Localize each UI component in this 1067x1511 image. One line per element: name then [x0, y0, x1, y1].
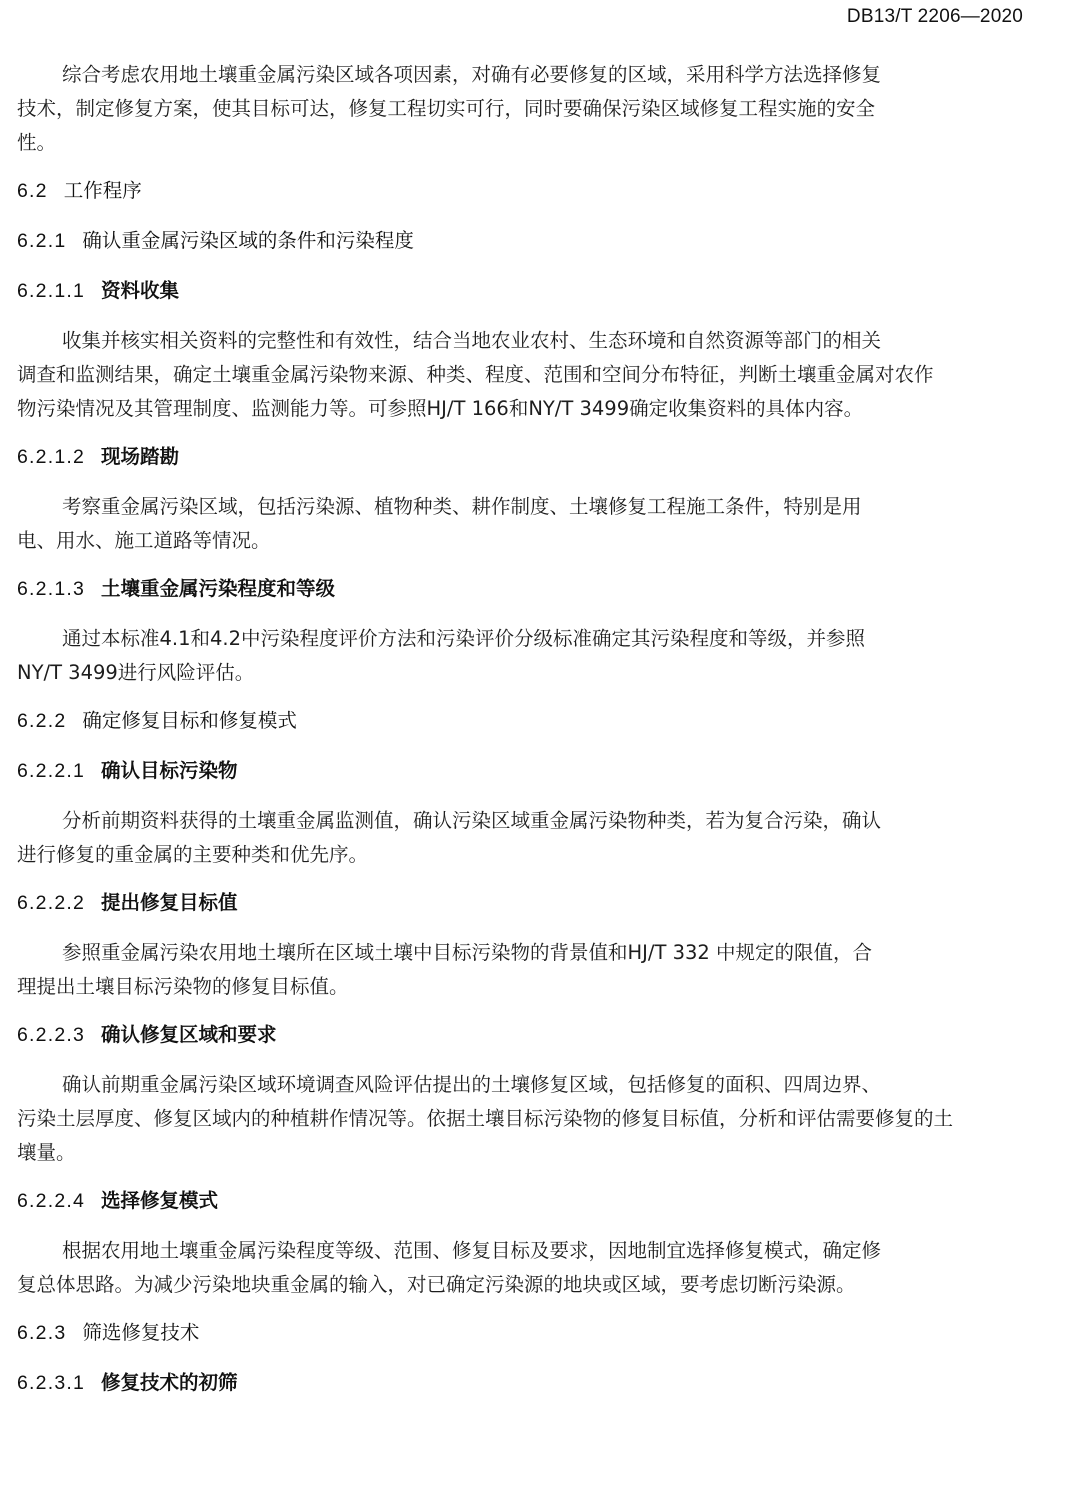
paragraph-remediation-area: 确认前期重金属污染区域环境调查风险评估提出的土壤修复区域，包括修复的面积、四周边…	[17, 1068, 1017, 1170]
section-title: 土壤重金属污染程度和等级	[101, 572, 335, 606]
section-number: 6.2.2.2	[17, 886, 85, 920]
paragraph-line: 性。	[17, 126, 1017, 160]
section-heading-6-2-2-3: 6.2.2.3确认修复区域和要求	[17, 1018, 1017, 1052]
section-title: 确认修复区域和要求	[101, 1018, 277, 1052]
section-heading-6-2-2: 6.2.2确定修复目标和修复模式	[17, 704, 1017, 738]
section-title: 确认重金属污染区域的条件和污染程度	[82, 224, 414, 258]
section-title: 选择修复模式	[101, 1184, 218, 1218]
paragraph-line: 污染土层厚度、修复区域内的种植耕作情况等。依据土壤目标污染物的修复目标值，分析和…	[17, 1102, 1017, 1136]
section-number: 6.2.1.3	[17, 572, 85, 606]
section-heading-6-2-3-1: 6.2.3.1修复技术的初筛	[17, 1366, 1017, 1400]
paragraph-line: 调查和监测结果，确定土壤重金属污染物来源、种类、程度、范围和空间分布特征，判断土…	[17, 358, 1017, 392]
paragraph-target-value: 参照重金属污染农用地土壤所在区域土壤中目标污染物的背景值和HJ/T 332 中规…	[17, 936, 1017, 1004]
section-title: 提出修复目标值	[101, 886, 238, 920]
section-number: 6.2	[17, 174, 48, 208]
paragraph-site-survey: 考察重金属污染区域，包括污染源、植物种类、耕作制度、土壤修复工程施工条件，特别是…	[17, 490, 1017, 558]
section-heading-6-2-1-3: 6.2.1.3土壤重金属污染程度和等级	[17, 572, 1017, 606]
section-heading-6-2-1-1: 6.2.1.1资料收集	[17, 274, 1017, 308]
paragraph-line: 参照重金属污染农用地土壤所在区域土壤中目标污染物的背景值和HJ/T 332 中规…	[17, 936, 1017, 970]
paragraph-line: 进行修复的重金属的主要种类和优先序。	[17, 838, 1017, 872]
section-number: 6.2.1.2	[17, 440, 85, 474]
paragraph-line: 理提出土壤目标污染物的修复目标值。	[17, 970, 1017, 1004]
paragraph-line: 考察重金属污染区域，包括污染源、植物种类、耕作制度、土壤修复工程施工条件，特别是…	[17, 490, 1017, 524]
section-title: 筛选修复技术	[82, 1316, 199, 1350]
paragraph-line: 确认前期重金属污染区域环境调查风险评估提出的土壤修复区域，包括修复的面积、四周边…	[17, 1068, 1017, 1102]
paragraph-line: 电、用水、施工道路等情况。	[17, 524, 1017, 558]
section-title: 确定修复目标和修复模式	[82, 704, 297, 738]
paragraph-intro: 综合考虑农用地土壤重金属污染区域各项因素，对确有必要修复的区域，采用科学方法选择…	[17, 58, 1017, 160]
section-number: 6.2.3.1	[17, 1366, 85, 1400]
paragraph-remediation-mode: 根据农用地土壤重金属污染程度等级、范围、修复目标及要求，因地制宜选择修复模式，确…	[17, 1234, 1017, 1302]
section-heading-6-2-1-2: 6.2.1.2现场踏勘	[17, 440, 1017, 474]
section-number: 6.2.2.4	[17, 1184, 85, 1218]
paragraph-line: 根据农用地土壤重金属污染程度等级、范围、修复目标及要求，因地制宜选择修复模式，确…	[17, 1234, 1017, 1268]
document-body: 综合考虑农用地土壤重金属污染区域各项因素，对确有必要修复的区域，采用科学方法选择…	[17, 58, 1017, 1416]
section-number: 6.2.1.1	[17, 274, 85, 308]
paragraph-line: 分析前期资料获得的土壤重金属监测值，确认污染区域重金属污染物种类，若为复合污染，…	[17, 804, 1017, 838]
section-number: 6.2.2.1	[17, 754, 85, 788]
standard-code: DB13/T 2206—2020	[847, 6, 1023, 28]
section-title: 修复技术的初筛	[101, 1366, 238, 1400]
paragraph-line: NY/T 3499进行风险评估。	[17, 656, 1017, 690]
section-title: 现场踏勘	[101, 440, 179, 474]
paragraph-line: 物污染情况及其管理制度、监测能力等。可参照HJ/T 166和NY/T 3499确…	[17, 392, 1017, 426]
paragraph-line: 收集并核实相关资料的完整性和有效性，结合当地农业农村、生态环境和自然资源等部门的…	[17, 324, 1017, 358]
section-heading-6-2-3: 6.2.3筛选修复技术	[17, 1316, 1017, 1350]
section-heading-6-2-1: 6.2.1确认重金属污染区域的条件和污染程度	[17, 224, 1017, 258]
section-number: 6.2.1	[17, 224, 66, 258]
section-heading-6-2: 6.2工作程序	[17, 174, 1017, 208]
section-number: 6.2.2.3	[17, 1018, 85, 1052]
paragraph-line: 综合考虑农用地土壤重金属污染区域各项因素，对确有必要修复的区域，采用科学方法选择…	[17, 58, 1017, 92]
paragraph-data-collection: 收集并核实相关资料的完整性和有效性，结合当地农业农村、生态环境和自然资源等部门的…	[17, 324, 1017, 426]
paragraph-line: 通过本标准4.1和4.2中污染程度评价方法和污染评价分级标准确定其污染程度和等级…	[17, 622, 1017, 656]
paragraph-line: 壤量。	[17, 1136, 1017, 1170]
section-heading-6-2-2-1: 6.2.2.1确认目标污染物	[17, 754, 1017, 788]
section-title: 工作程序	[64, 174, 142, 208]
paragraph-line: 技术，制定修复方案，使其目标可达，修复工程切实可行，同时要确保污染区域修复工程实…	[17, 92, 1017, 126]
paragraph-pollution-level: 通过本标准4.1和4.2中污染程度评价方法和污染评价分级标准确定其污染程度和等级…	[17, 622, 1017, 690]
section-title: 确认目标污染物	[101, 754, 238, 788]
section-number: 6.2.3	[17, 1316, 66, 1350]
section-title: 资料收集	[101, 274, 179, 308]
paragraph-line: 复总体思路。为减少污染地块重金属的输入，对已确定污染源的地块或区域，要考虑切断污…	[17, 1268, 1017, 1302]
paragraph-target-pollutant: 分析前期资料获得的土壤重金属监测值，确认污染区域重金属污染物种类，若为复合污染，…	[17, 804, 1017, 872]
section-heading-6-2-2-4: 6.2.2.4选择修复模式	[17, 1184, 1017, 1218]
section-heading-6-2-2-2: 6.2.2.2提出修复目标值	[17, 886, 1017, 920]
section-number: 6.2.2	[17, 704, 66, 738]
